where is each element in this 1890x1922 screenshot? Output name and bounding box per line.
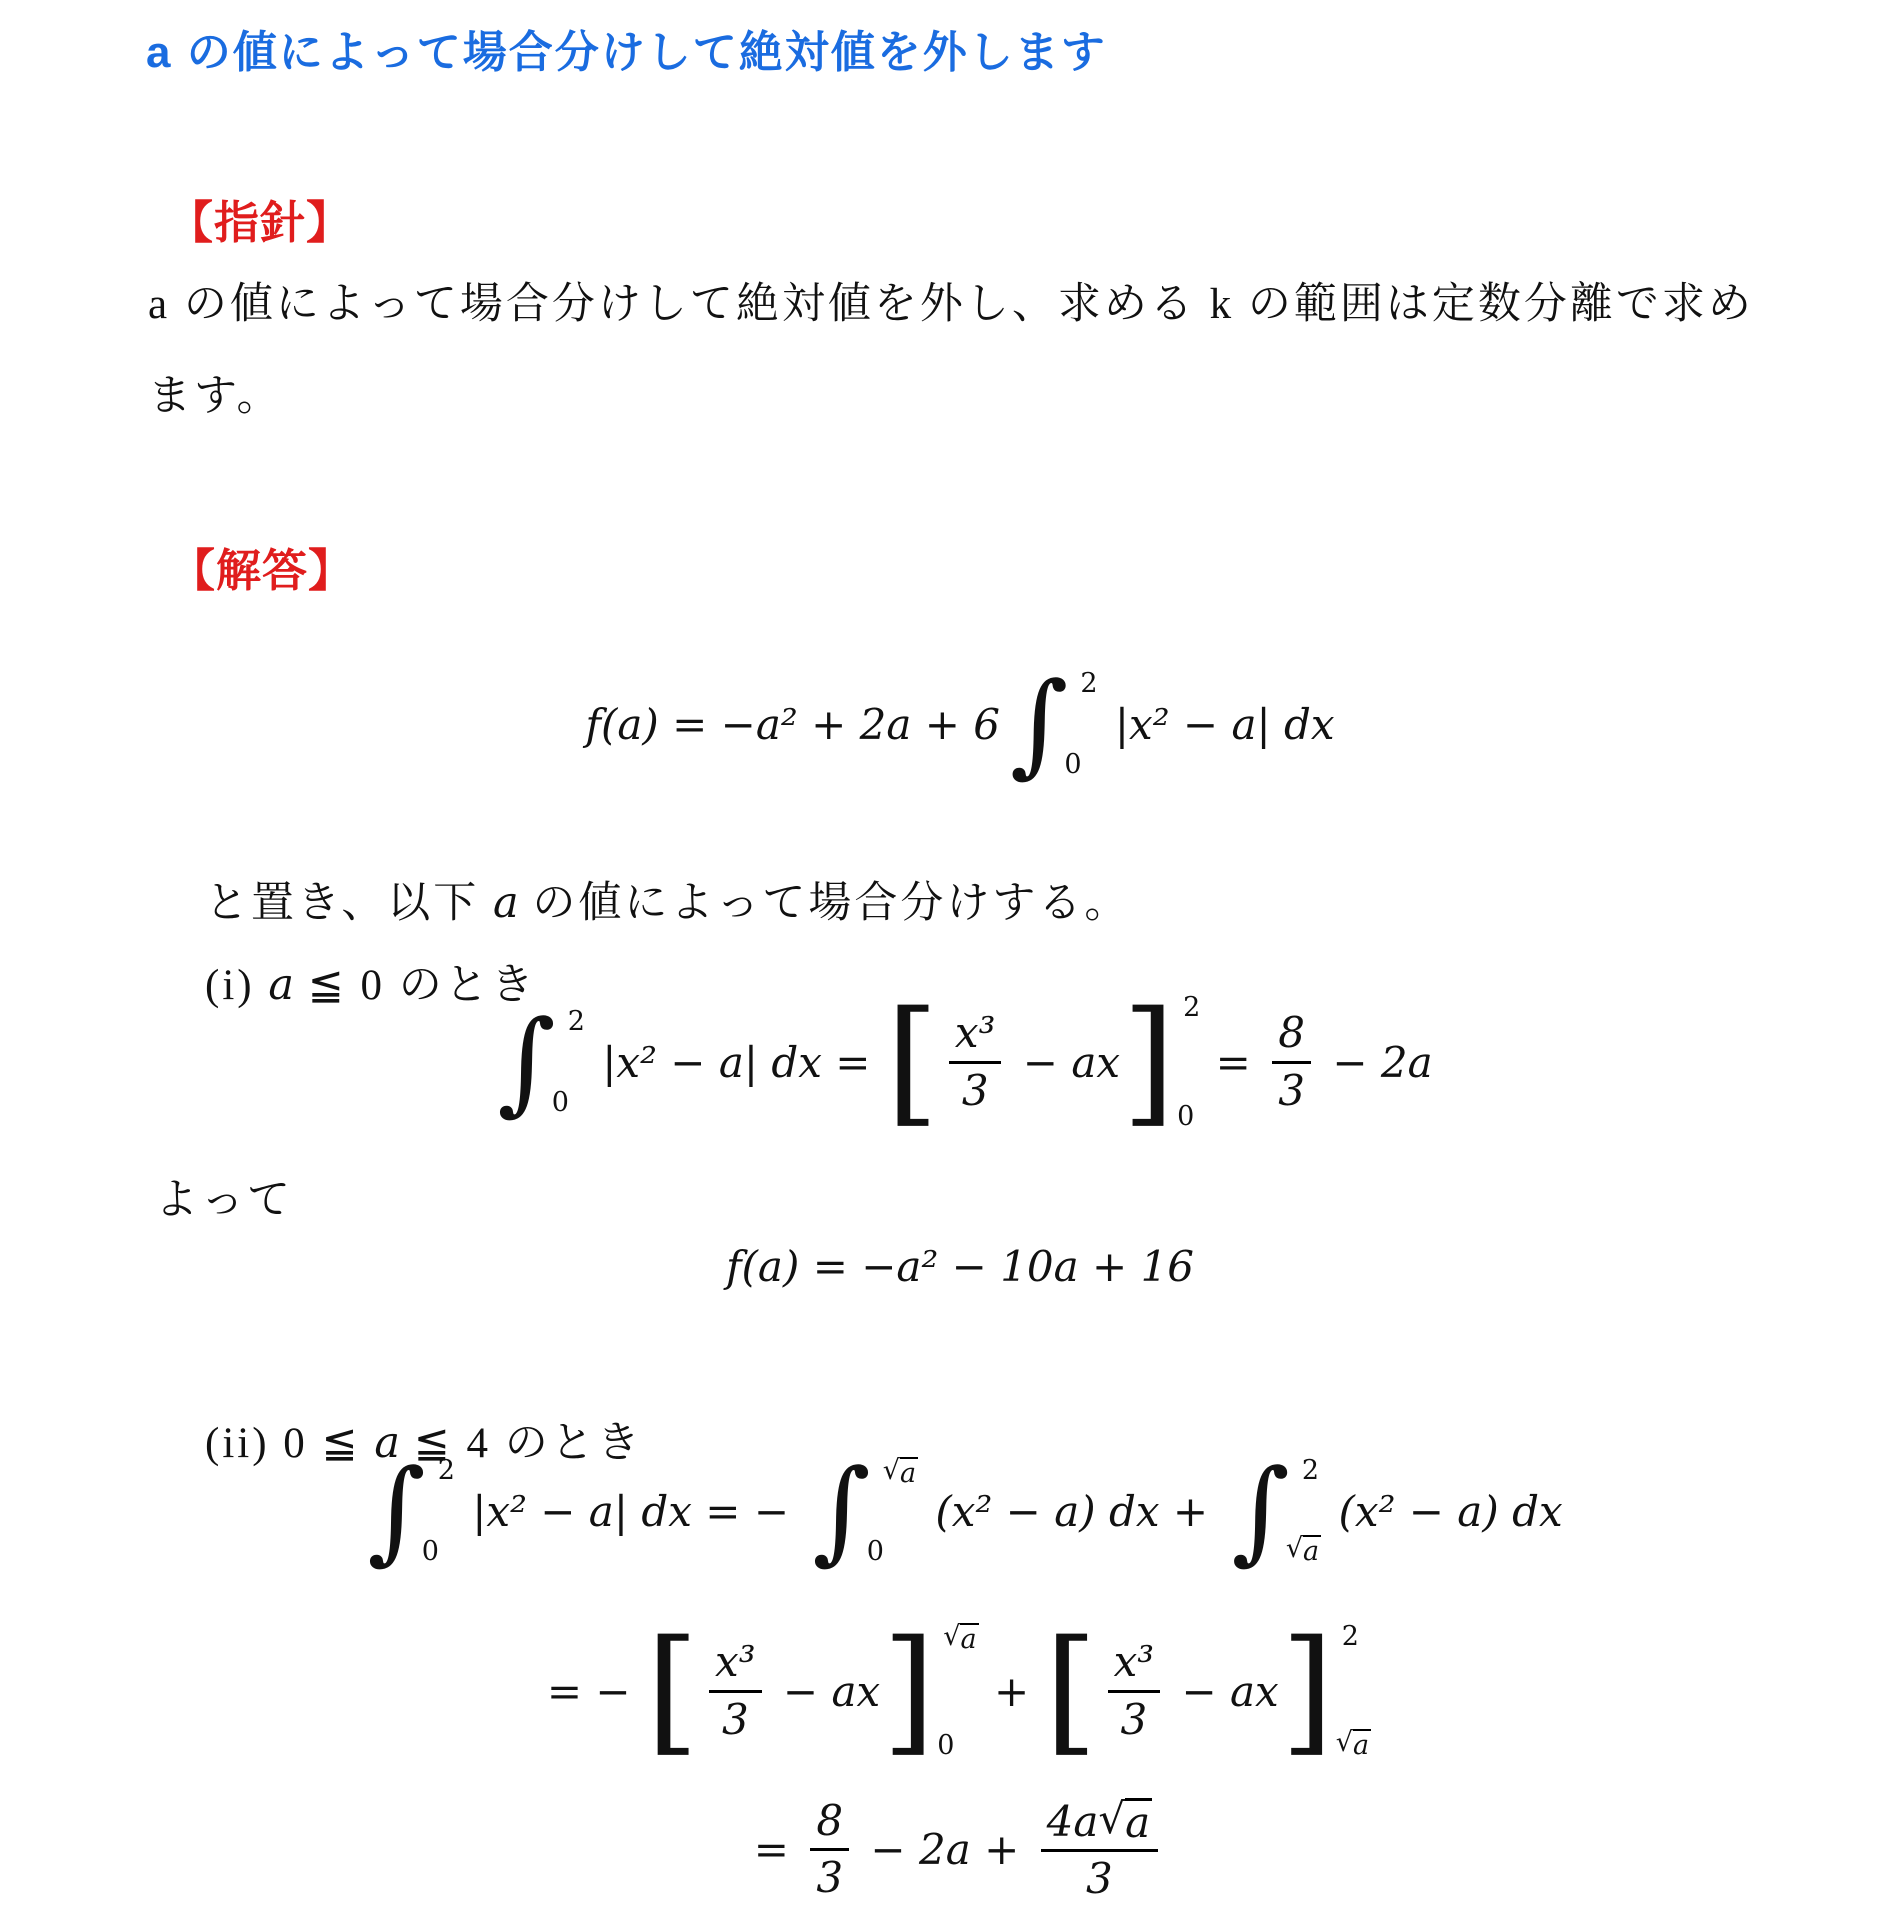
bracket-limits: 2 √a: [1336, 1623, 1371, 1759]
integral-glyph: ∫: [1010, 668, 1068, 780]
fraction: 8 3: [1272, 1011, 1311, 1112]
sqrt-limit: √a: [883, 1457, 918, 1487]
integral-glyph: ∫: [497, 1006, 555, 1118]
radical-sign: √: [1336, 1729, 1353, 1756]
right-bracket: ]: [1281, 1623, 1334, 1759]
formula-f1-lhs: f(a) = −a² + 2a + 6: [585, 700, 1000, 749]
section-label-shishin: 【指針】: [168, 186, 352, 251]
bracket-group: [ x³ 3 − ax ] √a 0: [646, 1623, 979, 1759]
fraction-bar: [1272, 1061, 1311, 1064]
fraction: x³ 3: [949, 1011, 1002, 1112]
formula-f2-integrand: |x² − a| dx =: [589, 1038, 884, 1087]
left-bracket: [: [1045, 1623, 1098, 1759]
formula-f1-rhs: |x² − a| dx: [1102, 700, 1335, 749]
numerator-coefficient: 4a: [1047, 1800, 1099, 1844]
bracket-lower-limit: 0: [937, 1732, 978, 1759]
integral-limits: 2 √a: [1290, 1455, 1321, 1567]
bracket-content: x³ 3 − ax: [939, 1011, 1122, 1112]
formula-f2: ∫ 2 0 |x² − a| dx = [ x³ 3 − ax ] 2 0: [30, 994, 1890, 1130]
integral-sign: ∫ 2 0: [367, 1455, 455, 1567]
fraction: 8 3: [810, 1799, 849, 1900]
formula-f6: = 8 3 − 2a + 4a√a 3: [30, 1798, 1890, 1901]
bracket-group: [ x³ 3 − ax ] 2 0: [886, 994, 1200, 1130]
integral-sign: ∫ 2 0: [1010, 668, 1098, 780]
bracket-upper-limit: 2: [1342, 1623, 1371, 1650]
fraction-numerator: x³: [709, 1640, 762, 1684]
integral-lower-limit: 0: [1064, 751, 1097, 778]
formula-f3-text: f(a) = −a² − 10a + 16: [726, 1242, 1194, 1291]
fraction-numerator: x³: [1108, 1640, 1161, 1684]
bracket-tail: − ax: [1168, 1667, 1279, 1716]
integral-limits: 2 0: [426, 1455, 455, 1567]
bracket-content: x³ 3 − ax: [1098, 1640, 1281, 1741]
fraction: 4a√a 3: [1041, 1798, 1159, 1901]
fraction-denominator: 3: [956, 1069, 995, 1113]
integral-upper-limit: 2: [568, 1008, 585, 1035]
left-bracket: [: [646, 1623, 699, 1759]
bracket-group: [ x³ 3 − ax ] 2 √a: [1045, 1623, 1372, 1759]
integral-upper-limit: 2: [438, 1457, 455, 1484]
paragraph-line-2: ます。: [148, 362, 283, 423]
fraction-denominator: 3: [1114, 1698, 1153, 1742]
fraction-numerator: x³: [949, 1011, 1002, 1055]
fraction-numerator: 4a√a: [1041, 1798, 1159, 1844]
paragraph-line-1: a の値によって場合分けして絶対値を外し、求める k の範囲は定数分離で求め: [148, 270, 1754, 331]
formula-f4: ∫ 2 0 |x² − a| dx = − ∫ √a 0 (x² − a) dx…: [30, 1455, 1890, 1567]
bracket-lower-limit: 0: [1177, 1103, 1200, 1130]
bracket-tail: − ax: [770, 1667, 881, 1716]
integral-sign: ∫ 2 √a: [1231, 1455, 1321, 1567]
equals-sign: =: [1202, 1038, 1264, 1087]
fraction-denominator: 3: [810, 1856, 849, 1900]
formula-f5: = − [ x³ 3 − ax ] √a 0 + [ x³: [30, 1623, 1890, 1759]
formula-f4-segment: |x² − a| dx = −: [459, 1487, 802, 1536]
radical-sign: √: [883, 1457, 900, 1484]
section-label-kaitou: 【解答】: [170, 534, 354, 599]
fraction-bar: [949, 1061, 1002, 1064]
fraction-bar: [1041, 1849, 1159, 1852]
fraction: x³ 3: [1108, 1640, 1161, 1741]
bracket-limits: √a 0: [937, 1623, 978, 1759]
sqrt-expression: √a: [1098, 1798, 1152, 1844]
equals-sign: = −: [547, 1667, 644, 1716]
formula-f6-middle: − 2a +: [857, 1825, 1033, 1874]
text-segment: の値によって場合分けする。: [519, 880, 1131, 927]
integral-limits: 2 0: [556, 1006, 585, 1118]
radical-argument: a: [1125, 1798, 1152, 1844]
integral-lower-limit: 0: [867, 1538, 918, 1565]
bracket-content: x³ 3 − ax: [699, 1640, 882, 1741]
fraction-bar: [810, 1848, 849, 1851]
integral-lower-limit: 0: [422, 1538, 455, 1565]
plus-sign: +: [981, 1667, 1043, 1716]
document-page: a の値によって場合分けして絶対値を外します 【指針】 a の値によって場合分け…: [0, 0, 1890, 1922]
body-line-yotte: よって: [155, 1166, 293, 1227]
bracket-tail: − ax: [1009, 1038, 1120, 1087]
integral-sign: ∫ 2 0: [497, 1006, 585, 1118]
integral-limits: √a 0: [871, 1455, 918, 1567]
fraction-numerator: 8: [1272, 1011, 1311, 1055]
radical-argument: a: [960, 1623, 978, 1653]
radical-argument: a: [1353, 1729, 1371, 1759]
bracket-upper-limit: 2: [1183, 994, 1200, 1021]
fraction: x³ 3: [709, 1640, 762, 1741]
formula-f4-segment: (x² − a) dx +: [922, 1487, 1221, 1536]
formula-f2-tail: − 2a: [1319, 1038, 1433, 1087]
fraction-bar: [709, 1690, 762, 1693]
radical-argument: a: [900, 1457, 918, 1487]
integral-limits: 2 0: [1068, 668, 1097, 780]
integral-glyph: ∫: [367, 1455, 425, 1567]
formula-f1: f(a) = −a² + 2a + 6 ∫ 2 0 |x² − a| dx: [30, 668, 1890, 780]
sqrt-limit: √a: [1336, 1729, 1371, 1759]
equals-sign: =: [754, 1825, 803, 1874]
page-title: a の値によって場合分けして絶対値を外します: [146, 16, 1107, 80]
fraction-denominator: 3: [1272, 1069, 1311, 1113]
right-bracket: ]: [882, 1623, 935, 1759]
fraction-denominator: 3: [1080, 1857, 1119, 1901]
integral-upper-limit: 2: [1080, 670, 1097, 697]
formula-f3: f(a) = −a² − 10a + 16: [30, 1242, 1890, 1291]
bracket-limits: 2 0: [1177, 994, 1200, 1130]
integral-lower-limit: 0: [552, 1089, 585, 1116]
sqrt-limit: √a: [1286, 1535, 1321, 1565]
fraction-numerator: 8: [810, 1799, 849, 1843]
sqrt-limit: √a: [943, 1623, 978, 1653]
fraction-bar: [1108, 1690, 1161, 1693]
integral-glyph: ∫: [1231, 1455, 1289, 1567]
right-bracket: ]: [1122, 994, 1175, 1130]
fraction-denominator: 3: [716, 1698, 755, 1742]
integral-upper-limit: 2: [1302, 1457, 1321, 1484]
left-bracket: [: [886, 994, 939, 1130]
formula-f4-segment: (x² − a) dx: [1325, 1487, 1563, 1536]
radical-argument: a: [1303, 1535, 1321, 1565]
integral-glyph: ∫: [812, 1455, 870, 1567]
radical-sign: √: [1098, 1798, 1125, 1840]
integral-sign: ∫ √a 0: [812, 1455, 918, 1567]
radical-sign: √: [943, 1623, 960, 1650]
radical-sign: √: [1286, 1535, 1303, 1562]
